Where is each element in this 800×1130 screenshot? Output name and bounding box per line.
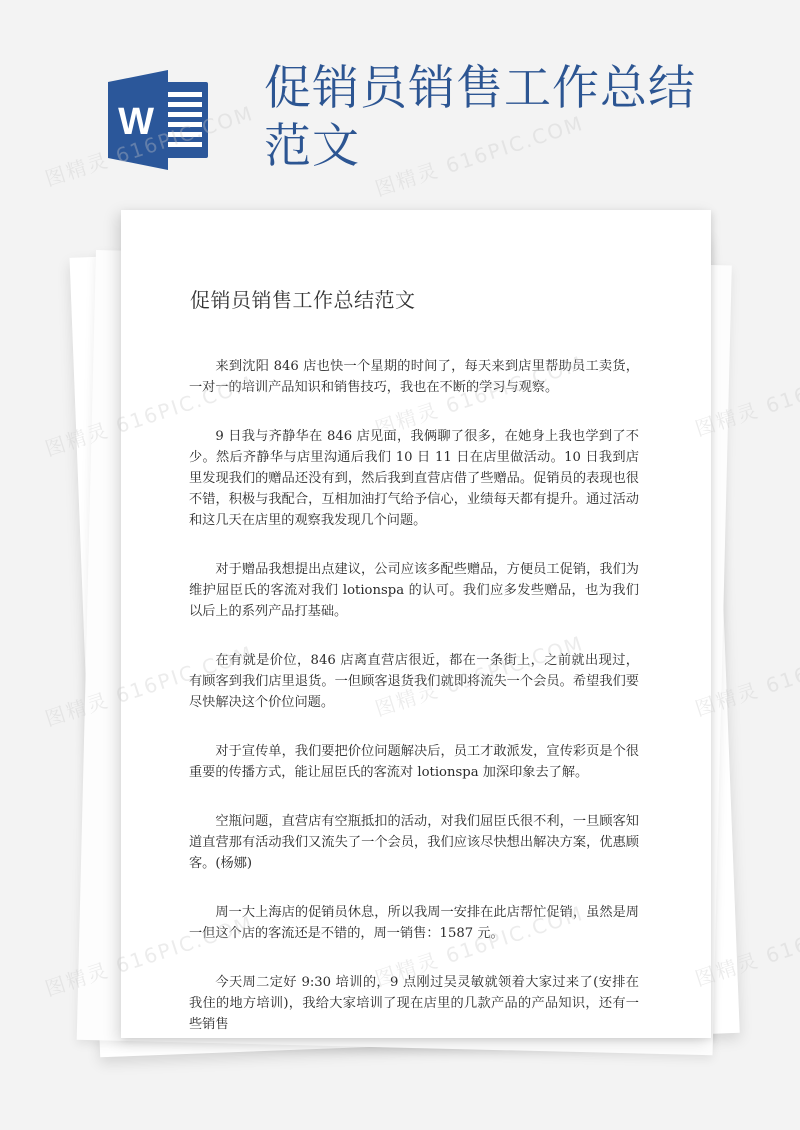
paragraph: 今天周二定好 9:30 培训的，9 点刚过吴灵敏就领着大家过来了(安排在我住的地… <box>189 972 639 1035</box>
paragraph: 在有就是价位，846 店离直营店很近，都在一条街上，之前就出现过，有顾客到我们店… <box>189 650 639 713</box>
paragraph: 来到沈阳 846 店也快一个星期的时间了，每天来到店里帮助员工卖货，一对一的培训… <box>189 356 639 398</box>
svg-text:W: W <box>118 101 154 143</box>
paragraph: 对于宣传单，我们要把价位问题解决后，员工才敢派发，宣传彩页是个很重要的传播方式，… <box>189 741 639 783</box>
paragraph: 空瓶问题，直营店有空瓶抵扣的活动，对我们屈臣氏很不利，一旦顾客知道直营那有活动我… <box>189 811 639 874</box>
word-document-icon: W <box>108 70 212 170</box>
page-title: 促销员销售工作总结范文 <box>264 60 724 176</box>
document-body: 来到沈阳 846 店也快一个星期的时间了，每天来到店里帮助员工卖货，一对一的培训… <box>189 356 639 1038</box>
paragraph: 9 日我与齐静华在 846 店见面，我俩聊了很多，在她身上我也学到了不少。然后齐… <box>189 426 639 531</box>
header-banner: W 促销员销售工作总结范文 <box>0 0 800 200</box>
document-page: 促销员销售工作总结范文 来到沈阳 846 店也快一个星期的时间了，每天来到店里帮… <box>121 210 711 1038</box>
document-title: 促销员销售工作总结范文 <box>190 284 416 313</box>
paragraph: 周一大上海店的促销员休息，所以我周一安排在此店帮忙促销，虽然是周一但这个店的客流… <box>189 902 639 944</box>
paragraph: 对于赠品我想提出点建议，公司应该多配些赠品，方便员工促销，我们为维护屈臣氏的客流… <box>189 559 639 622</box>
